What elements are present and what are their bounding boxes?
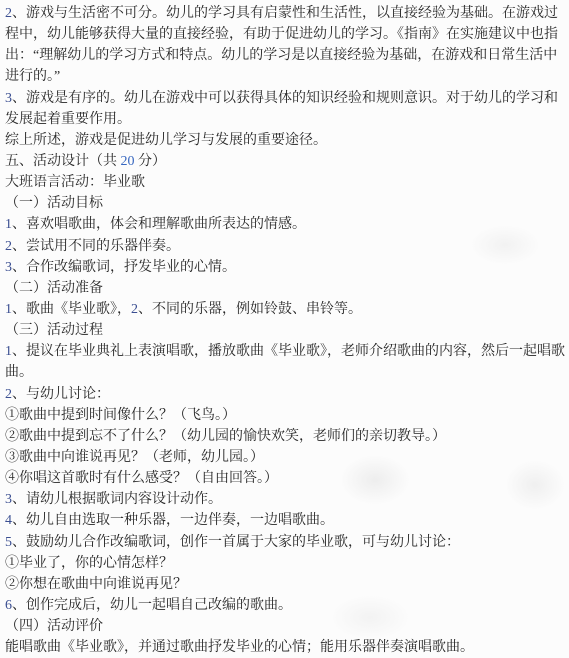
line-text: 、合作改编歌词，抒发毕业的心情。 [12,260,236,275]
page: { "colors": { "background": "#fcfcfc", "… [0,0,569,658]
text-line: 1、喜欢唱歌曲，体会和理解歌曲所表达的情感。 [5,214,565,235]
line-text: ④你唱这首歌时有什么感受？（自由回答。） [5,471,278,486]
line-text: （二）活动准备 [5,281,103,296]
text-line: 1、歌曲《毕业歌》，2、不同的乐器，例如铃鼓、串铃等。 [5,299,565,320]
line-text: ②歌曲中提到忘不了什么？（幼儿园的愉快欢笑，老师们的亲切教导。） [5,429,446,444]
text-line: 程中，幼儿能够获得大量的直接经验，有助于促进幼儿的学习。《指南》在实施建议中也指 [5,24,565,45]
line-text: ②你想在歌曲中向谁说再见？ [5,577,187,592]
line-text: 、鼓励幼儿合作改编歌词，创作一首属于大家的毕业歌，可与幼儿讨论： [12,535,460,550]
line-text: 大班语言活动：毕业歌 [5,175,145,190]
text-line: 3、游戏是有序的。幼儿在游戏中可以获得具体的知识经验和规则意识。对于幼儿的学习和 [5,88,565,109]
line-text: ①歌曲中提到时间像什么？（飞鸟。） [5,408,236,423]
line-text: 、尝试用不同的乐器伴奏。 [12,239,180,254]
line-text: 、不同的乐器，例如铃鼓、串铃等。 [138,302,362,317]
text-line: 2、与幼儿讨论： [5,384,565,405]
text-line: （一）活动目标 [5,193,565,214]
text-line: 2、尝试用不同的乐器伴奏。 [5,236,565,257]
line-text: 能唱歌曲《毕业歌》，并通过歌曲抒发毕业的心情；能用乐器伴奏演唱歌曲。 [5,640,474,655]
text-line: 出：“理解幼儿的学习方式和特点。幼儿的学习是以直接经验为基础，在游戏和日常生活中 [5,45,565,66]
line-text: 程中，幼儿能够获得大量的直接经验，有助于促进幼儿的学习。《指南》在实施建议中也指 [5,27,558,42]
line-text: 、喜欢唱歌曲，体会和理解歌曲所表达的情感。 [12,217,306,232]
line-text: （三）活动过程 [5,323,103,338]
line-text: 、与幼儿讨论： [12,387,110,402]
text-line: 综上所述，游戏是促进幼儿学习与发展的重要途径。 [5,130,565,151]
text-line: 2、游戏与生活密不可分。幼儿的学习具有启蒙性和生活性，以直接经验为基础。在游戏过 [5,3,565,24]
numeral-text: 20 [121,154,135,169]
numeral-text: 2 [131,302,138,317]
numeral-text: 2 [5,387,12,402]
text-line: 3、合作改编歌词，抒发毕业的心情。 [5,257,565,278]
text-line: ①毕业了，你的心情怎样？ [5,553,565,574]
line-text: 出：“理解幼儿的学习方式和特点。幼儿的学习是以直接经验为基础，在游戏和日常生活中 [5,48,557,63]
line-text: 分） [135,154,167,169]
numeral-text: 1 [5,217,12,232]
text-line: 3、请幼儿根据歌词内容设计动作。 [5,489,565,510]
text-line: 大班语言活动：毕业歌 [5,172,565,193]
numeral-text: 5 [5,535,12,550]
text-line: 五、活动设计（共 20 分） [5,151,565,172]
line-text: 、游戏与生活密不可分。幼儿的学习具有启蒙性和生活性，以直接经验为基础。在游戏过 [12,6,558,21]
line-text: 、提议在毕业典礼上表演唱歌，播放歌曲《毕业歌》，老师介绍歌曲的内容，然后一起唱歌 [12,344,565,359]
line-text: 、请幼儿根据歌词内容设计动作。 [12,492,222,507]
line-text: 、歌曲《毕业歌》， [12,302,131,317]
line-text: 五、活动设计（共 [5,154,121,169]
text-line: ①歌曲中提到时间像什么？（飞鸟。） [5,405,565,426]
text-line: ②你想在歌曲中向谁说再见？ [5,574,565,595]
line-text: 、幼儿自由选取一种乐器，一边伴奏，一边唱歌曲。 [12,513,334,528]
line-text: 、游戏是有序的。幼儿在游戏中可以获得具体的知识经验和规则意识。对于幼儿的学习和 [12,91,558,106]
numeral-text: 3 [5,260,12,275]
numeral-text: 2 [5,239,12,254]
text-line: 进行的。” [5,66,565,87]
text-line: （二）活动准备 [5,278,565,299]
line-text: 综上所述，游戏是促进幼儿学习与发展的重要途径。 [5,133,327,148]
text-line: （三）活动过程 [5,320,565,341]
line-text: （一）活动目标 [5,196,103,211]
text-line: ②歌曲中提到忘不了什么？（幼儿园的愉快欢笑，老师们的亲切教导。） [5,426,565,447]
text-line: （四）活动评价 [5,616,565,637]
line-text: 曲。 [5,365,33,380]
line-text: 进行的。” [5,69,60,84]
numeral-text: 4 [5,513,12,528]
text-line: 能唱歌曲《毕业歌》，并通过歌曲抒发毕业的心情；能用乐器伴奏演唱歌曲。 [5,637,565,658]
line-text: （四）活动评价 [5,619,103,634]
numeral-text: 3 [5,91,12,106]
numeral-text: 3 [5,492,12,507]
text-line: 6、创作完成后，幼儿一起唱自己改编的歌曲。 [5,595,565,616]
line-text: 、创作完成后，幼儿一起唱自己改编的歌曲。 [12,598,292,613]
numeral-text: 1 [5,344,12,359]
line-text: 发展起着重要作用。 [5,112,131,127]
numeral-text: 6 [5,598,12,613]
text-line: ④你唱这首歌时有什么感受？（自由回答。） [5,468,565,489]
line-text: ③歌曲中向谁说再见？（老师，幼儿园。） [5,450,264,465]
text-line: 5、鼓励幼儿合作改编歌词，创作一首属于大家的毕业歌，可与幼儿讨论： [5,532,565,553]
text-line: 1、提议在毕业典礼上表演唱歌，播放歌曲《毕业歌》，老师介绍歌曲的内容，然后一起唱… [5,341,565,362]
document-body: 2、游戏与生活密不可分。幼儿的学习具有启蒙性和生活性，以直接经验为基础。在游戏过… [5,3,565,658]
line-text: ①毕业了，你的心情怎样？ [5,556,173,571]
text-line: ③歌曲中向谁说再见？（老师，幼儿园。） [5,447,565,468]
text-line: 4、幼儿自由选取一种乐器，一边伴奏，一边唱歌曲。 [5,510,565,531]
text-line: 发展起着重要作用。 [5,109,565,130]
text-line: 曲。 [5,362,565,383]
numeral-text: 2 [5,6,12,21]
numeral-text: 1 [5,302,12,317]
